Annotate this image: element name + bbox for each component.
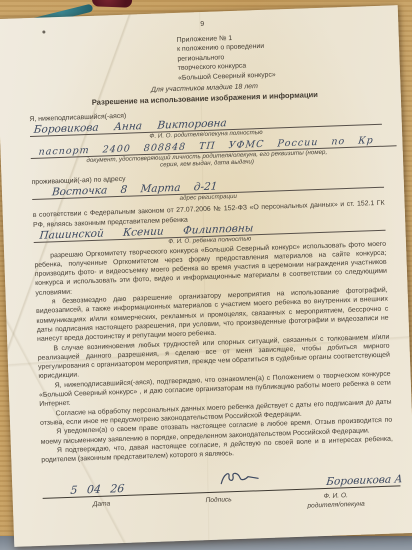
- surname-handwriting: Боровикова А: [326, 474, 403, 489]
- sign-caption: Подпись: [160, 495, 278, 516]
- date-caption: Дата: [43, 499, 161, 520]
- signature-block: 5 04 26 Боровикова А Дата Подпись Ф. И. …: [42, 467, 395, 520]
- document-content: 9 Приложение № 1 к положению о проведени…: [0, 5, 412, 547]
- name-caption: Ф. И. О. родителя/опекуна: [277, 491, 395, 512]
- document-sheet: 9 Приложение № 1 к положению о проведени…: [0, 5, 412, 547]
- appendix-block: Приложение № 1 к положению о проведении …: [177, 29, 381, 83]
- signature-scribble: [218, 470, 261, 492]
- date-handwriting: 5 04 26: [70, 482, 125, 497]
- red-object: [92, 0, 132, 8]
